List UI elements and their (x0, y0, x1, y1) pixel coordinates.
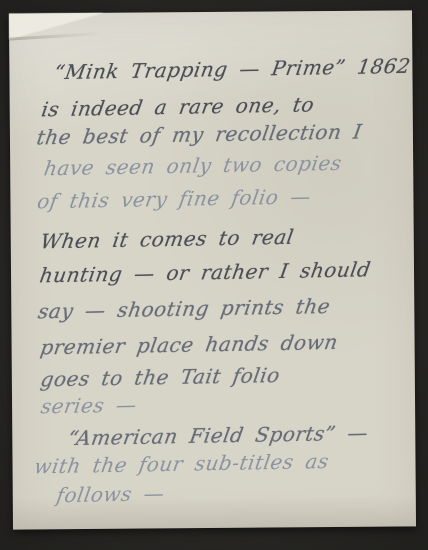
handwriting-line: the best of my recollection I (35, 119, 364, 149)
handwriting-line: say — shooting prints the (36, 294, 332, 323)
handwriting-line: premier place hands down (39, 330, 340, 359)
handwriting-line: When it comes to real (39, 225, 296, 254)
handwritten-letter: “Mink Trapping — Prime” 1862 is indeed a… (9, 10, 416, 529)
handwriting-line: follows — (55, 481, 167, 507)
handwriting-line: with the four sub-titles as (33, 449, 331, 478)
handwriting-line: “Mink Trapping — Prime” 1862 (53, 54, 413, 85)
handwriting-line: is indeed a rare one, to (40, 92, 316, 121)
handwriting-line: have seen only two copies (42, 151, 343, 180)
handwriting-line: of this very fine folio — (36, 184, 313, 213)
handwriting-line: “American Field Sports” — (66, 421, 370, 451)
handwriting-line: series — (39, 393, 138, 419)
handwriting-line: goes to the Tait folio (39, 363, 282, 391)
handwriting-line: hunting — or rather I should (38, 257, 372, 287)
photo-background: “Mink Trapping — Prime” 1862 is indeed a… (0, 0, 428, 550)
